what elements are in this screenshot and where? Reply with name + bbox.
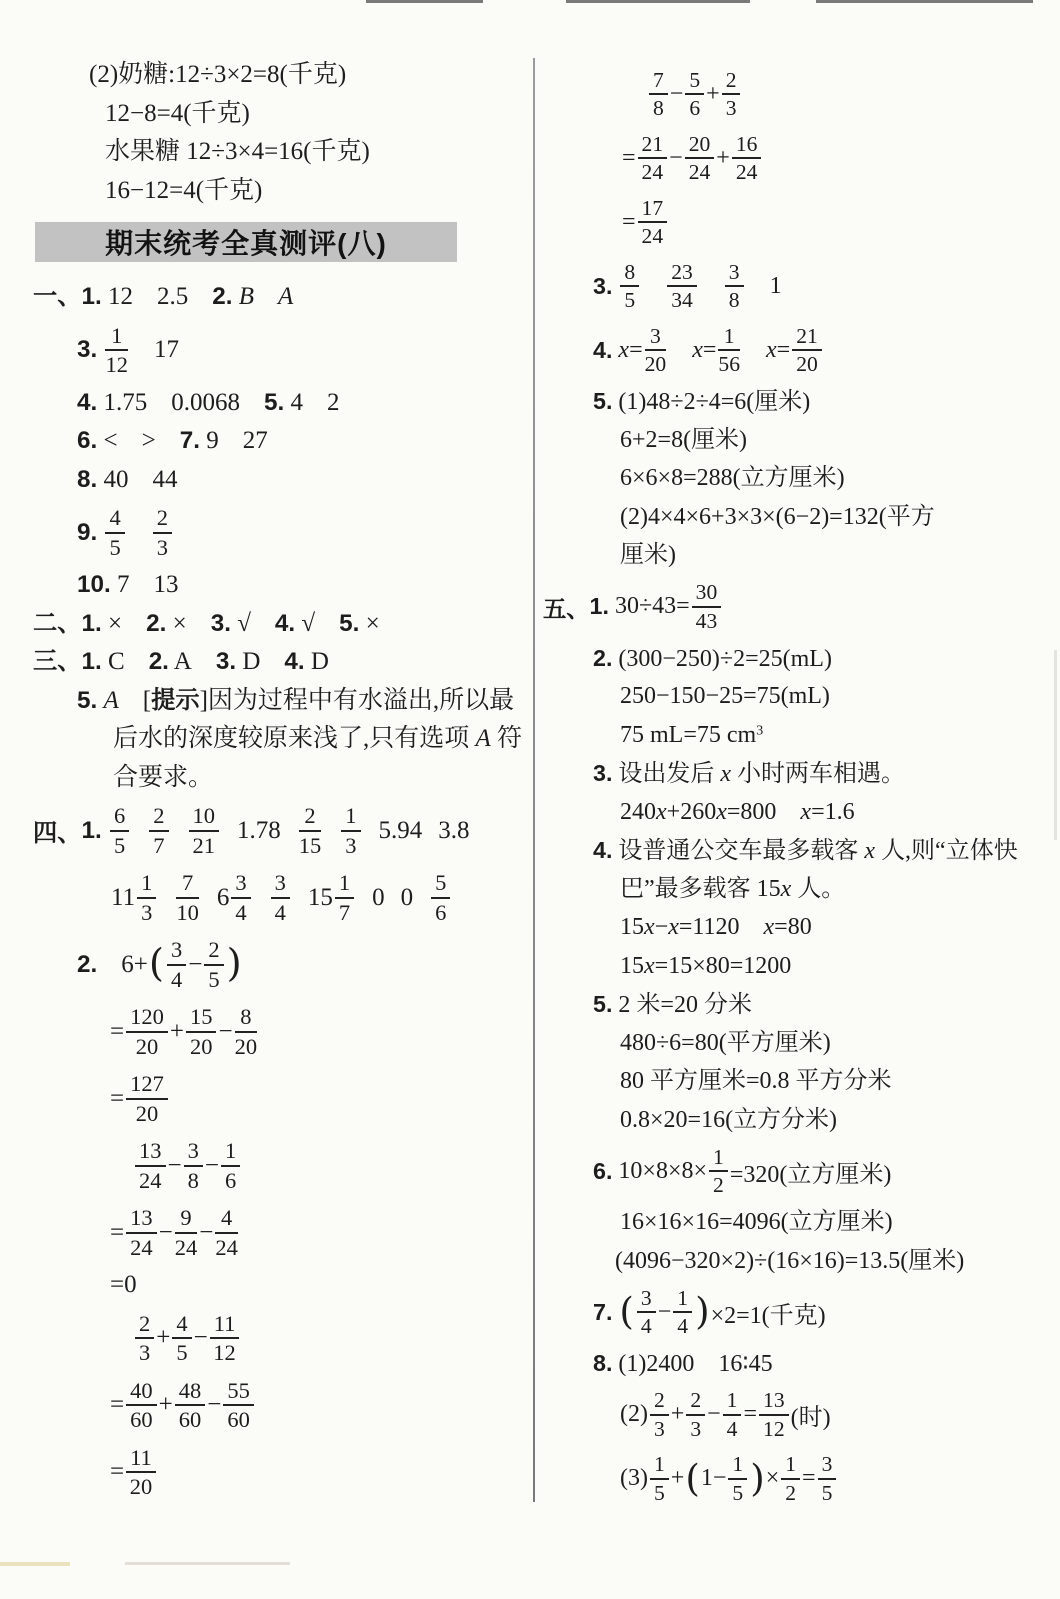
answer-line: 5. (1)48÷2÷4=6(厘米) — [543, 382, 1055, 421]
fraction: 45 — [172, 1311, 191, 1365]
bold-label: 3. — [593, 760, 612, 786]
item-gap — [201, 897, 217, 898]
fraction-numerator: 23 — [667, 260, 697, 287]
text-run: × — [766, 1465, 780, 1492]
fraction-numerator: 3 — [167, 937, 186, 965]
fraction-denominator: 56 — [718, 351, 740, 376]
italic-text: x — [766, 337, 777, 364]
text-run: (2)4×4×6+3×3×(6−2)=132(平方 — [620, 504, 935, 530]
answer-line: 78−56+23 — [543, 62, 1055, 126]
fraction: 13 — [137, 870, 156, 924]
text-run: 设出发后 — [612, 761, 720, 787]
answer-line: 二、1. ×2. ×3. √4. √5. × — [33, 605, 535, 644]
answer-line: 15x=15×80=1200 — [543, 947, 1055, 986]
fraction-numerator: 11 — [210, 1311, 240, 1339]
answer-line: 6. <>7. 927 — [33, 422, 535, 461]
answer-line: 15x−x=1120x=80 — [543, 908, 1055, 947]
text-run: 44 — [152, 466, 177, 493]
item-gap — [776, 818, 800, 819]
text-run: 7 — [111, 571, 130, 598]
text-run: 0.8×20=16(立方分米) — [620, 1107, 837, 1133]
answer-line: 后水的深度较原来浅了,只有选项 A 符 — [33, 720, 535, 759]
italic-text: x — [692, 337, 703, 364]
fraction-denominator: 3 — [137, 899, 156, 925]
fraction: 4860 — [175, 1378, 206, 1432]
fraction-numerator: 3 — [231, 870, 250, 898]
fraction-denominator: 10 — [176, 899, 199, 925]
fraction: 1112 — [210, 1311, 240, 1365]
fraction: 27 — [149, 803, 168, 857]
text-run: + — [716, 145, 730, 172]
text-run: (2) — [620, 1401, 648, 1428]
answer-line: 3. 设出发后 x 小时两车相遇。 — [543, 754, 1055, 793]
answer-line: 75 mL=75 cm3 — [543, 716, 1055, 755]
fraction-numerator: 1 — [137, 870, 156, 898]
text-run: 250−150−25=75(mL) — [620, 683, 830, 709]
fraction: 12 — [709, 1145, 728, 1197]
fraction-denominator: 3 — [650, 1416, 669, 1441]
item-gap — [742, 350, 766, 351]
bold-label: 2. — [212, 283, 232, 310]
text-run: (时) — [791, 1397, 831, 1432]
text-run: 2 米=20 分米 — [612, 992, 752, 1018]
text-run: 6 — [217, 884, 230, 912]
fraction-numerator: 120 — [126, 1004, 168, 1032]
text-run: (1)2400 — [612, 1351, 694, 1377]
item-gap — [97, 964, 121, 965]
text-run: 12 — [102, 283, 133, 310]
item-gap — [253, 897, 269, 898]
fraction-denominator: 5 — [105, 534, 124, 560]
fraction-numerator: 3 — [271, 870, 290, 898]
answer-line: 巴”最多载客 15x 人。 — [543, 870, 1055, 909]
text-run: 13 — [153, 571, 178, 598]
fraction-numerator: 15 — [186, 1004, 217, 1032]
text-run: + — [706, 81, 720, 108]
text-run: =800 — [727, 799, 777, 825]
item-gap — [131, 830, 147, 831]
answer-line: 4. 1.750.00685. 42 — [33, 384, 535, 423]
fraction: 23 — [650, 1388, 669, 1440]
bold-label: 2. — [77, 951, 97, 979]
fraction-denominator: 12 — [759, 1416, 789, 1441]
answer-line: 2. (300−250)÷2=25(mL) — [543, 639, 1055, 678]
bold-label: 5. — [264, 389, 284, 416]
text-run: (1)48÷2÷4=6(厘米) — [612, 389, 810, 415]
fraction-denominator: 15 — [299, 832, 322, 858]
item-gap — [315, 630, 339, 631]
fraction-numerator: 1 — [673, 1286, 692, 1313]
answer-line: =1324−924−424 — [33, 1199, 535, 1266]
bold-label: 一、 — [33, 283, 82, 310]
item-gap — [356, 897, 372, 898]
fraction-denominator: 4 — [723, 1416, 742, 1441]
fraction-numerator: 3 — [725, 260, 744, 287]
fraction: 1520 — [186, 1004, 217, 1058]
text-run: 6+ — [121, 951, 148, 979]
fraction-numerator: 21 — [638, 132, 668, 159]
text-run: =1120 — [679, 914, 740, 940]
text-run: − — [207, 1391, 221, 1419]
italic-text: x — [656, 799, 667, 825]
fraction-denominator: 3 — [153, 534, 172, 560]
bold-label: 1. — [82, 648, 102, 675]
item-gap — [292, 897, 308, 898]
fraction: 13 — [341, 803, 360, 857]
text-run: − — [218, 1018, 232, 1046]
fraction: 34 — [167, 937, 186, 991]
fraction-numerator: 1 — [105, 323, 128, 351]
answer-line: =1120 — [33, 1439, 535, 1506]
text-run: 0 — [372, 884, 385, 912]
text-run: 11 — [111, 884, 135, 912]
fraction: 710 — [176, 870, 199, 924]
text-run: 17 — [154, 336, 179, 364]
fraction-numerator: 7 — [649, 68, 668, 95]
bold-label: 3. — [211, 610, 231, 637]
fraction-denominator: 20 — [645, 351, 667, 376]
text-run: − — [205, 1152, 219, 1180]
answer-line: 6. 10×8×8×12=320(立方厘米) — [543, 1139, 1055, 1203]
answer-line: =2124−2024+1624 — [543, 126, 1055, 190]
fraction-denominator: 20 — [126, 1033, 168, 1059]
text-run: 巴”最多载客 15 — [620, 876, 781, 902]
fraction-denominator: 4 — [271, 899, 290, 925]
fraction-denominator: 8 — [649, 95, 668, 120]
fraction-numerator: 1 — [650, 1452, 669, 1479]
bold-label: 7. — [593, 1299, 612, 1326]
text-run: + — [671, 1465, 685, 1492]
text-run — [97, 336, 103, 364]
fraction: 4060 — [126, 1378, 157, 1432]
text-run: × — [102, 610, 122, 637]
fraction-denominator: 20 — [235, 1033, 258, 1059]
item-gap — [219, 447, 243, 448]
fraction: 156 — [718, 324, 740, 376]
fraction: 23 — [722, 68, 741, 120]
fraction-numerator: 1 — [341, 803, 360, 831]
fraction: 924 — [175, 1205, 198, 1259]
scan-artifact-right-edge — [1054, 650, 1057, 840]
fraction-denominator: 3 — [722, 95, 741, 120]
text-run: =1.6 — [811, 799, 855, 825]
answer-line: 4. x=320x=156x=2120 — [543, 318, 1055, 382]
scan-artifact-bottom-dash — [125, 1562, 290, 1565]
left-column: (2)奶糖:12÷3×2=8(千克)12−8=4(千克)水果糖 12÷3×4=1… — [33, 56, 535, 1506]
text-run: 0 — [401, 884, 414, 912]
text-run: = — [110, 1391, 124, 1419]
text-run: (3) — [620, 1465, 648, 1492]
answer-line: 250−150−25=75(mL) — [543, 677, 1055, 716]
item-gap — [192, 668, 216, 669]
text-run — [612, 273, 618, 300]
fraction: 12020 — [126, 1004, 168, 1058]
text-run: 设普通公交车最多载客 — [612, 838, 864, 864]
answer-line: 5. 2 米=20 分米 — [543, 985, 1055, 1024]
text-run: 30÷43= — [609, 593, 690, 620]
fraction: 320 — [645, 324, 667, 376]
fraction-numerator: 1 — [723, 1388, 742, 1415]
text-run: =320(立方厘米) — [730, 1154, 892, 1189]
bold-label: 三、 — [33, 648, 82, 675]
italic-text: x — [668, 914, 679, 940]
fraction-numerator: 4 — [105, 505, 124, 533]
bold-label: 6. — [77, 427, 97, 454]
fraction-numerator: 1 — [221, 1138, 240, 1166]
bold-label: 8. — [77, 466, 97, 493]
item-gap — [122, 630, 146, 631]
answer-line: 8. (1)240016∶45 — [543, 1344, 1055, 1383]
fraction: 38 — [184, 1138, 203, 1192]
fraction: 85 — [620, 260, 639, 312]
text-run: 人。 — [791, 876, 845, 902]
text-run: 6×6×8=288(立方厘米) — [620, 465, 845, 491]
text-run: 2 — [327, 389, 340, 416]
item-gap — [641, 286, 665, 287]
bold-label: 5. — [593, 991, 612, 1017]
answer-line: 480÷6=80(平方厘米) — [543, 1024, 1055, 1063]
fraction-numerator: 8 — [235, 1004, 258, 1032]
text-run: 1.75 — [97, 389, 147, 416]
fraction-denominator: 20 — [126, 1473, 156, 1499]
item-gap — [422, 830, 438, 831]
text-run: − — [707, 1401, 721, 1428]
text-run: 2.5 — [157, 283, 188, 310]
fraction-numerator: 3 — [184, 1138, 203, 1166]
item-gap — [125, 668, 149, 669]
text-run: − — [655, 914, 669, 940]
bold-label: 4. — [284, 648, 304, 675]
text-run: C — [102, 648, 125, 675]
fraction-numerator: 3 — [645, 324, 667, 351]
text-run: = — [110, 1458, 124, 1486]
text-run: 人,则“立体快 — [875, 838, 1018, 864]
answer-line: 水果糖 12÷3×4=16(千克) — [33, 133, 535, 172]
answer-line: 五、1. 30÷43=3043 — [543, 575, 1055, 639]
answer-line: 9. 4523 — [33, 499, 535, 566]
answer-line: 合要求。 — [33, 759, 535, 798]
text-run: − — [159, 1219, 173, 1247]
text-run: = — [703, 337, 717, 364]
text-run: 0.0068 — [171, 389, 240, 416]
item-gap — [413, 897, 429, 898]
answer-line: 一、1. 122.52. BA — [33, 278, 535, 317]
fraction: 56 — [431, 870, 450, 924]
fraction-numerator: 1 — [718, 324, 740, 351]
item-gap — [303, 409, 327, 410]
text-run: = — [802, 1465, 816, 1492]
fraction-numerator: 7 — [176, 870, 199, 898]
italic-text: x — [618, 337, 629, 364]
text-run: 75 mL=75 cm — [620, 722, 756, 748]
fraction-numerator: 11 — [126, 1445, 156, 1473]
fraction-numerator: 21 — [792, 324, 822, 351]
answer-line: 厘米) — [543, 536, 1055, 575]
big-paren-open: ( — [685, 1462, 700, 1495]
fraction-numerator: 48 — [175, 1378, 206, 1406]
bold-label: 二、 — [33, 610, 82, 637]
answer-line: 1324−38−16 — [33, 1132, 535, 1199]
text-run: ×2=1(千克) — [711, 1295, 826, 1330]
item-gap — [694, 1370, 718, 1371]
fraction: 25 — [204, 937, 223, 991]
fraction-denominator: 20 — [126, 1100, 168, 1126]
bold-label: 3. — [593, 273, 612, 300]
text-run: − — [168, 1152, 182, 1180]
fraction: 17 — [335, 870, 354, 924]
fraction-denominator: 4 — [231, 899, 250, 925]
answer-line: 6×6×8=288(立方厘米) — [543, 459, 1055, 498]
fraction-denominator: 34 — [667, 287, 697, 312]
text-run: 12−8=4(千克) — [105, 100, 250, 127]
text-run: 6+2=8(厘米) — [620, 427, 747, 453]
fraction: 34 — [637, 1286, 656, 1338]
text-run: 9 — [200, 427, 219, 454]
fraction: 2120 — [792, 324, 822, 376]
item-gap — [130, 350, 154, 351]
item-gap — [221, 830, 237, 831]
big-paren-close: ) — [227, 947, 242, 982]
fraction-numerator: 5 — [685, 68, 704, 95]
text-run: 480÷6=80(平方厘米) — [620, 1030, 831, 1056]
superscript: 3 — [756, 723, 763, 738]
text-run: = — [777, 337, 791, 364]
item-gap — [129, 591, 153, 592]
bold-label: 4. — [593, 837, 612, 863]
bold-label: 1. — [590, 593, 609, 620]
fraction-denominator: 60 — [126, 1406, 157, 1432]
item-gap — [127, 532, 151, 533]
fraction-numerator: 2 — [299, 803, 322, 831]
text-run: 3.8 — [438, 817, 469, 845]
fraction-numerator: 2 — [686, 1388, 705, 1415]
text-run: 16−12=4(千克) — [105, 177, 262, 204]
fraction-denominator: 24 — [685, 159, 715, 184]
italic-text: x — [720, 761, 731, 787]
italic-text: x — [764, 914, 775, 940]
text-run: 40 — [97, 466, 128, 493]
fraction-denominator: 4 — [673, 1313, 692, 1338]
fraction-numerator: 17 — [638, 196, 668, 223]
fraction: 35 — [818, 1452, 837, 1504]
text-run: 16∶45 — [718, 1351, 772, 1377]
fraction-denominator: 5 — [204, 966, 223, 992]
item-gap — [128, 486, 152, 487]
fraction-denominator: 3 — [135, 1339, 154, 1365]
fraction-denominator: 24 — [638, 159, 668, 184]
text-run: 240 — [620, 799, 656, 825]
text-run: 符 — [491, 725, 522, 752]
item-gap — [187, 630, 211, 631]
section-header: 期末统考全真测评(八) — [35, 222, 457, 262]
bold-label: 1. — [82, 610, 102, 637]
answer-line: 10. 713 — [33, 566, 535, 605]
answer-line: 0.8×20=16(立方分米) — [543, 1101, 1055, 1140]
fraction-denominator: 3 — [686, 1416, 705, 1441]
answer-line: =4060+4860−5560 — [33, 1372, 535, 1439]
fraction-numerator: 13 — [126, 1205, 157, 1233]
italic-text: B — [239, 283, 254, 310]
fraction-numerator: 2 — [149, 803, 168, 831]
item-gap — [240, 409, 264, 410]
italic-text: A — [103, 687, 118, 714]
text-run: [ — [143, 687, 151, 714]
fraction: 12 — [781, 1452, 800, 1504]
fraction-numerator: 4 — [172, 1311, 191, 1339]
bold-label: 7. — [180, 427, 200, 454]
fraction-numerator: 2 — [204, 937, 223, 965]
item-gap — [740, 933, 764, 934]
answer-line: 4. 设普通公交车最多载客 x 人,则“立体快 — [543, 831, 1055, 870]
scan-artifact-top-1 — [366, 0, 483, 3]
text-run: D — [236, 648, 260, 675]
item-gap — [158, 897, 174, 898]
text-run: 10×8×8× — [612, 1158, 707, 1185]
text-run: 80 平方厘米=0.8 平方分米 — [620, 1068, 892, 1094]
item-gap — [668, 350, 692, 351]
fraction: 1120 — [126, 1445, 156, 1499]
fraction: 78 — [649, 68, 668, 120]
fraction-denominator: 43 — [692, 608, 722, 633]
bold-label: 提示 — [151, 687, 200, 714]
bold-label: 四、 — [33, 813, 82, 848]
bold-label: 6. — [593, 1158, 612, 1185]
item-gap — [188, 303, 212, 304]
text-run: 16×16×16=4096(立方厘米) — [620, 1209, 893, 1235]
fraction-denominator: 6 — [431, 899, 450, 925]
item-gap — [156, 447, 180, 448]
item-gap — [254, 303, 278, 304]
answer-line: (4096−320×2)÷(16×16)=13.5(厘米) — [543, 1242, 1055, 1281]
fraction-denominator: 4 — [167, 966, 186, 992]
answer-line: 16×16×16=4096(立方厘米) — [543, 1203, 1055, 1242]
text-run: − — [658, 1299, 672, 1326]
fraction: 112 — [105, 323, 128, 377]
fraction: 34 — [231, 870, 250, 924]
fraction-numerator: 3 — [818, 1452, 837, 1479]
fraction-numerator: 16 — [732, 132, 762, 159]
fraction-denominator: 24 — [175, 1234, 198, 1260]
fraction-numerator: 4 — [215, 1205, 238, 1233]
fraction-denominator: 6 — [221, 1167, 240, 1193]
fraction-numerator: 13 — [759, 1388, 789, 1415]
answer-line: 三、1. C2. A3. D4. D — [33, 643, 535, 682]
fraction-numerator: 6 — [110, 803, 129, 831]
fraction: 23 — [135, 1311, 154, 1365]
fraction-denominator: 7 — [335, 899, 354, 925]
fraction-denominator: 2 — [709, 1172, 728, 1197]
bold-label: 1. — [82, 817, 102, 845]
text-run: +260 — [667, 799, 717, 825]
fraction: 45 — [105, 505, 124, 559]
fraction-denominator: 12 — [105, 351, 128, 377]
answer-line: =12720 — [33, 1065, 535, 1132]
text-run: ]因为过程中有水溢出,所以最 — [200, 687, 515, 714]
fraction-denominator: 24 — [732, 159, 762, 184]
item-gap — [119, 707, 143, 708]
bold-label: 8. — [593, 1350, 612, 1376]
text-run: √ — [295, 610, 315, 637]
fraction: 56 — [685, 68, 704, 120]
text-run: < — [97, 427, 117, 454]
answer-line: (2)23+23−14=1312(时) — [543, 1383, 1055, 1447]
fraction-denominator: 24 — [638, 223, 668, 248]
bold-label: 4. — [275, 610, 295, 637]
fraction-numerator: 30 — [692, 580, 722, 607]
fraction-numerator: 55 — [223, 1378, 254, 1406]
answer-line: 12−8=4(千克) — [33, 95, 535, 134]
fraction-numerator: 3 — [637, 1286, 656, 1313]
